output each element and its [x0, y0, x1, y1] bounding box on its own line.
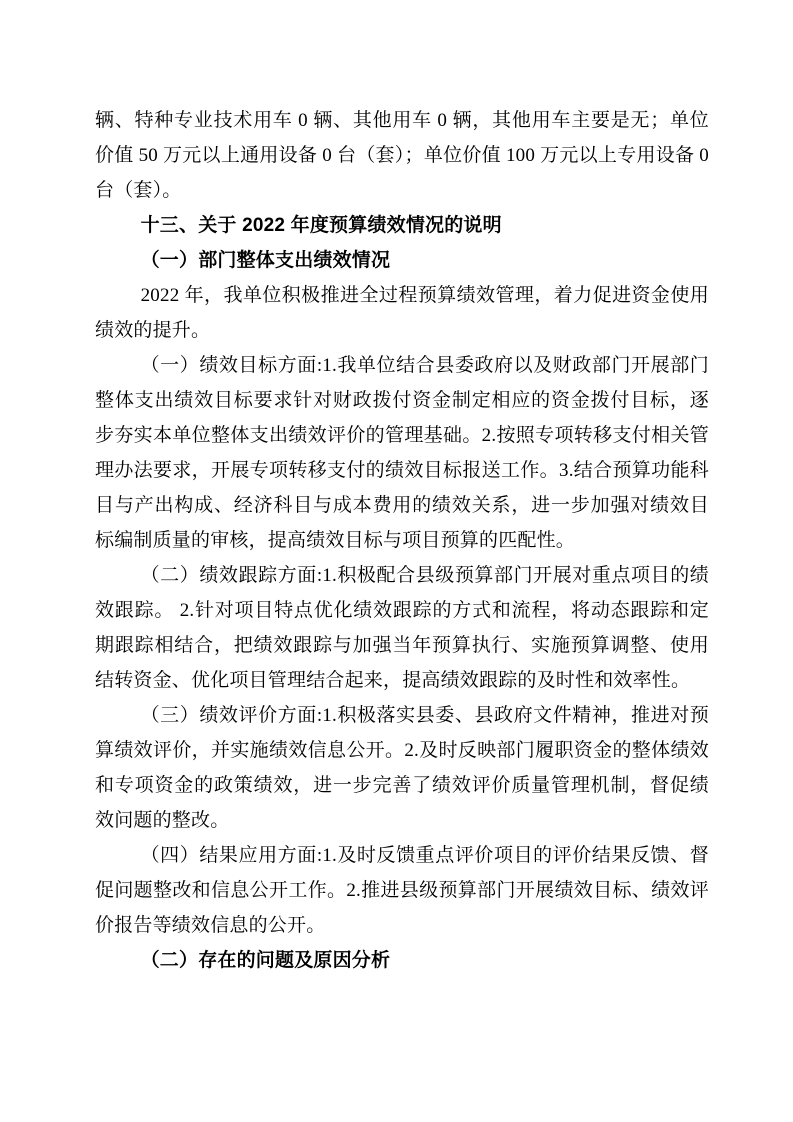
section-heading-13: 十三、关于 2022 年度预算绩效情况的说明	[95, 208, 709, 243]
subsection-heading-problems-analysis: （二）存在的问题及原因分析	[95, 943, 709, 978]
paragraph-overview: 2022 年，我单位积极推进全过程预算绩效管理，着力促进资金使用绩效的提升。	[95, 278, 709, 348]
paragraph-continuation: 辆、特种专业技术用车 0 辆、其他用车 0 辆，其他用车主要是无；单位价值 50…	[95, 103, 709, 208]
subsection-heading-overall-performance: （一）部门整体支出绩效情况	[95, 243, 709, 278]
paragraph-performance-tracking: （二）绩效跟踪方面:1.积极配合县级预算部门开展对重点项目的绩效跟踪。 2.针对…	[95, 558, 709, 698]
paragraph-performance-evaluation: （三）绩效评价方面:1.积极落实县委、县政府文件精神，推进对预算绩效评价，并实施…	[95, 698, 709, 838]
paragraph-result-application: （四）结果应用方面:1.及时反馈重点评价项目的评价结果反馈、督促问题整改和信息公…	[95, 838, 709, 943]
paragraph-performance-targets: （一）绩效目标方面:1.我单位结合县委政府以及财政部门开展部门整体支出绩效目标要…	[95, 348, 709, 558]
document-page: 辆、特种专业技术用车 0 辆、其他用车 0 辆，其他用车主要是无；单位价值 50…	[0, 0, 793, 1122]
